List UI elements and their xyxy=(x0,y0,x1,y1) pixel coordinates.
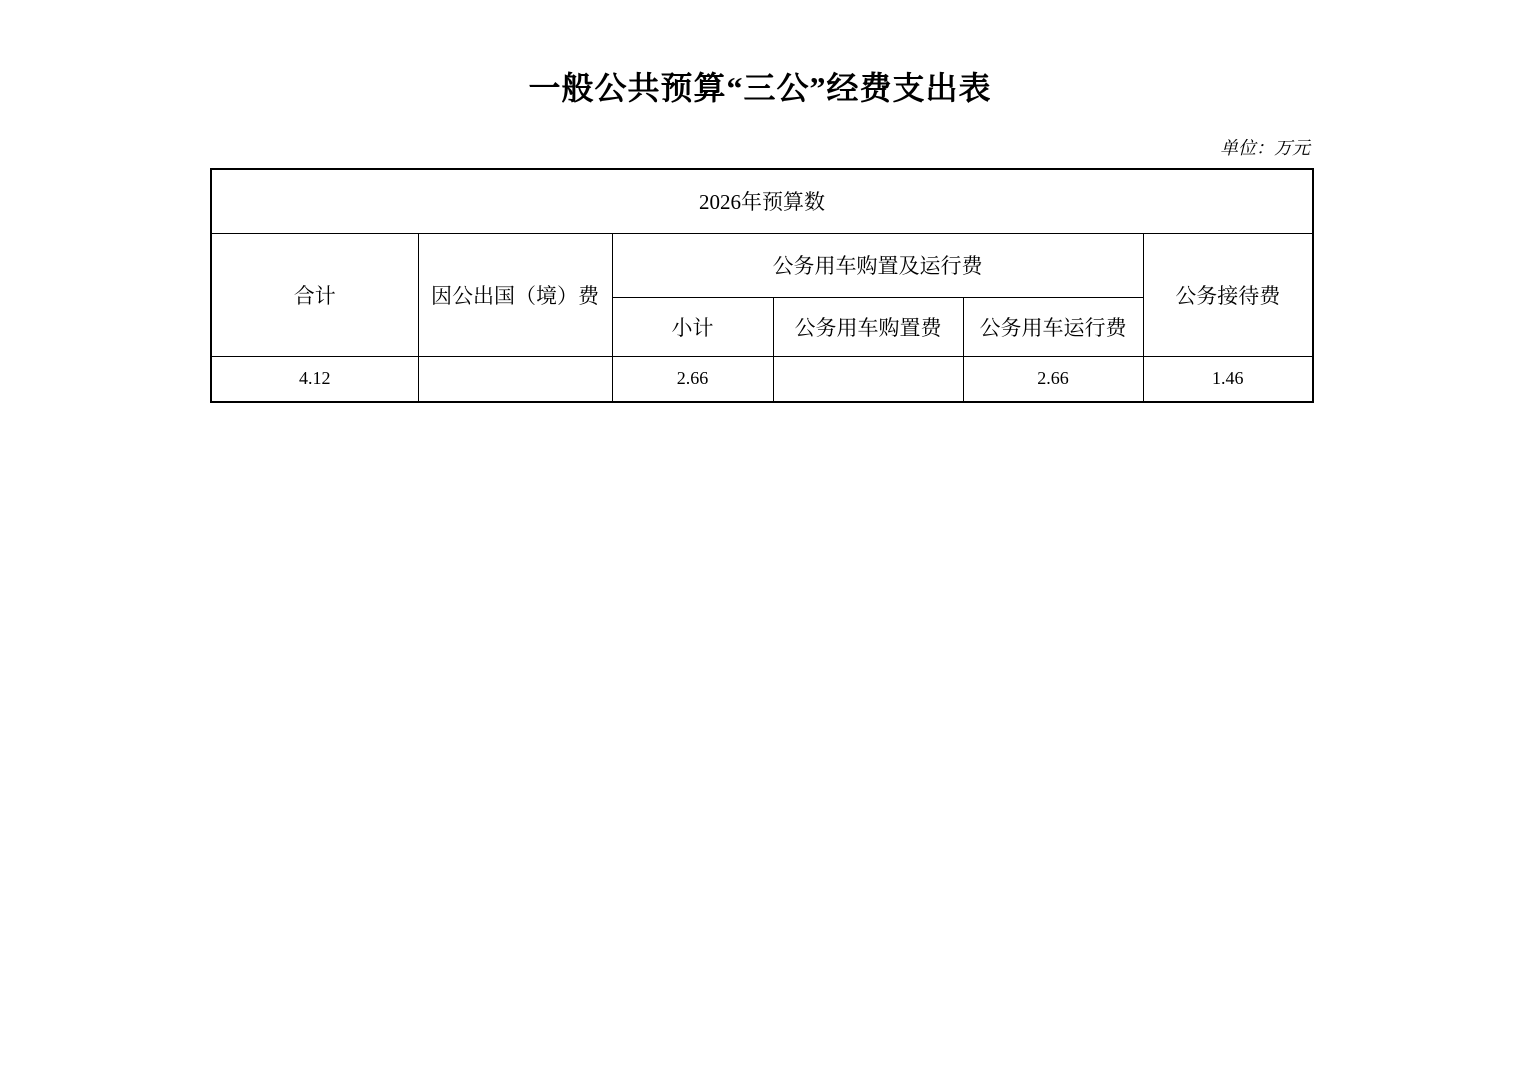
col-header-total: 合计 xyxy=(211,233,418,356)
value-vehicle-subtotal: 2.66 xyxy=(612,356,773,402)
value-abroad xyxy=(418,356,612,402)
unit-label: 单位：万元 xyxy=(210,136,1310,160)
column-header-row-top: 合计 因公出国（境）费 公务用车购置及运行费 公务接待费 xyxy=(211,233,1313,297)
value-reception: 1.46 xyxy=(1143,356,1313,402)
value-vehicle-purchase xyxy=(773,356,963,402)
col-header-vehicle-group: 公务用车购置及运行费 xyxy=(612,233,1143,297)
col-header-vehicle-purchase: 公务用车购置费 xyxy=(773,297,963,356)
data-row: 4.12 2.66 2.66 1.46 xyxy=(211,356,1313,402)
document-page: 一般公共预算“三公”经费支出表 单位：万元 2026年预算数 合计 因公出国（境… xyxy=(0,0,1520,1074)
col-header-abroad: 因公出国（境）费 xyxy=(418,233,612,356)
page-title: 一般公共预算“三公”经费支出表 xyxy=(0,70,1520,106)
col-header-vehicle-operation: 公务用车运行费 xyxy=(963,297,1143,356)
value-vehicle-operation: 2.66 xyxy=(963,356,1143,402)
year-header-cell: 2026年预算数 xyxy=(211,169,1313,233)
col-header-reception: 公务接待费 xyxy=(1143,233,1313,356)
year-header-row: 2026年预算数 xyxy=(211,169,1313,233)
value-total: 4.12 xyxy=(211,356,418,402)
budget-table: 2026年预算数 合计 因公出国（境）费 公务用车购置及运行费 公务接待费 小计… xyxy=(210,168,1314,403)
col-header-vehicle-subtotal: 小计 xyxy=(612,297,773,356)
